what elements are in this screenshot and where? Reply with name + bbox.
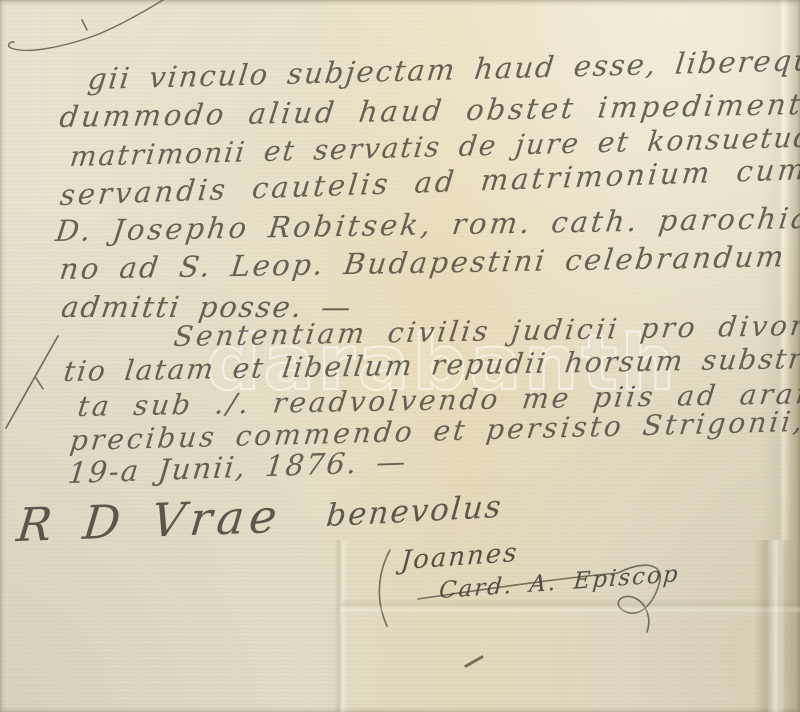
horizontal-fold-crease xyxy=(340,598,800,614)
bottom-dash xyxy=(466,657,482,666)
signature-name: Joannes xyxy=(400,538,520,576)
top-left-tick xyxy=(82,20,87,30)
margin-tick xyxy=(36,378,43,389)
valediction: benevolus xyxy=(325,489,504,534)
valediction-abbrev: R D Vrae xyxy=(14,489,284,552)
letter-page: darabanth gii vinculo subjectam haud ess… xyxy=(0,0,800,712)
top-left-flourish xyxy=(9,0,163,50)
body-line-6: no ad S. Leop. Budapestini celebrandum xyxy=(58,239,788,286)
vertical-fold-crease xyxy=(334,540,348,712)
signature-left-paren xyxy=(379,550,390,626)
right-edge-crease xyxy=(754,540,794,712)
margin-slash xyxy=(6,336,58,428)
